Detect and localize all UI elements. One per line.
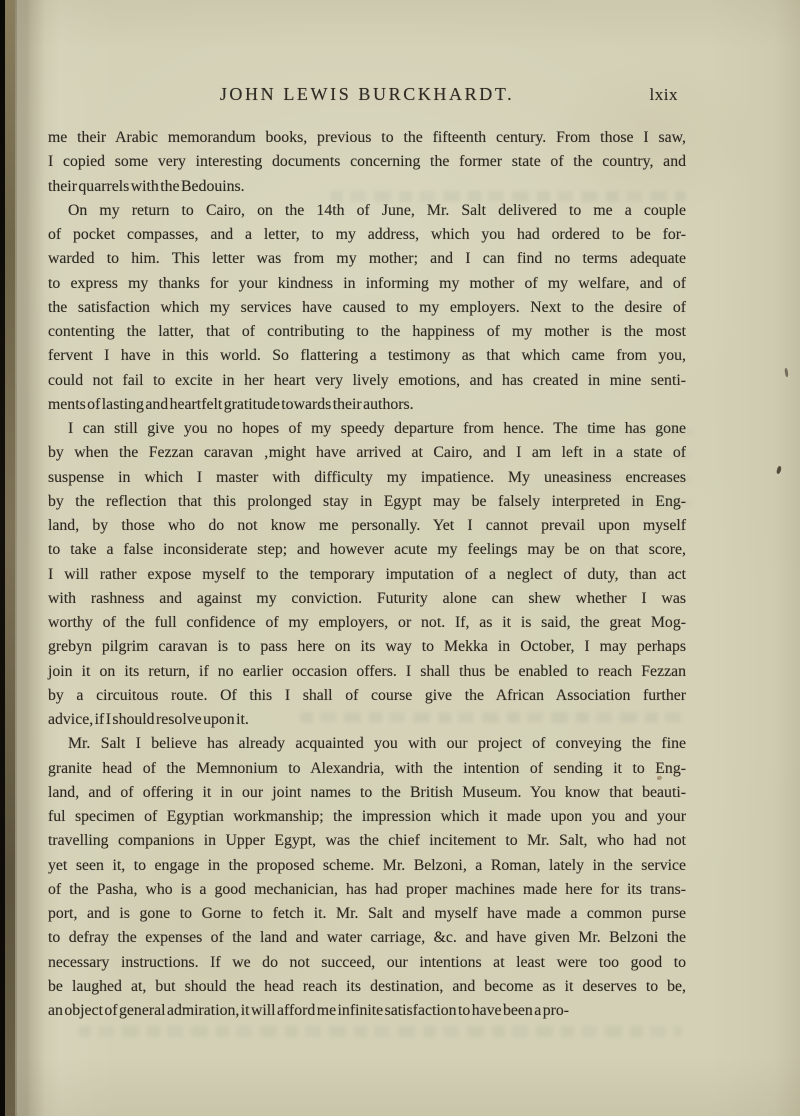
text-line: contenting the latter, that of contribut… <box>48 320 686 344</box>
text-line: grebyn pilgrim caravan is to pass here o… <box>48 635 686 659</box>
text-line: by a circuitous route. Of this I shall o… <box>48 684 686 708</box>
text-line: of the Pasha, who is a good mechanician,… <box>48 878 686 902</box>
letter-text: me their Arabic memorandum books, previo… <box>48 126 686 1023</box>
text-line: ments of lasting and heartfelt gratitude… <box>48 393 686 417</box>
page-curve-highlight <box>17 0 27 1116</box>
text-line: land, by those who do not know me person… <box>48 514 686 538</box>
running-header-title: JOHN LEWIS BURCKHARDT. <box>48 84 686 105</box>
text-line: necessary instructions. If we do not suc… <box>48 951 686 975</box>
text-line: by when the Fezzan caravan ‚might have a… <box>48 441 686 465</box>
text-line: join it on its return, if no earlier occ… <box>48 660 686 684</box>
page-text-column: JOHN LEWIS BURCKHARDT. lxix me their Ara… <box>48 0 686 1116</box>
text-line: by the reflection that this prolonged st… <box>48 490 686 514</box>
text-line: land, and of offering it in our joint na… <box>48 781 686 805</box>
text-line: advice, if I should resolve upon it. <box>48 708 686 732</box>
text-line: their quarrels with the Bedouins. <box>48 175 686 199</box>
text-line: granite head of the Memnonium to Alexand… <box>48 757 686 781</box>
text-line: fervent I have in this world. So flatter… <box>48 344 686 368</box>
ink-speck <box>784 368 789 377</box>
text-line: to defray the expenses of the land and w… <box>48 926 686 950</box>
text-line: an object of general admiration, it will… <box>48 999 686 1023</box>
text-line: I copied some very interesting documents… <box>48 150 686 174</box>
text-line: worthy of the full confidence of my empl… <box>48 611 686 635</box>
page-number: lxix <box>650 85 678 105</box>
text-line: yet seen it, to engage in the proposed s… <box>48 854 686 878</box>
text-line: could not fail to excite in her heart ve… <box>48 369 686 393</box>
text-line: be laughed at, but should the head reach… <box>48 975 686 999</box>
text-line: Mr. Salt I believe has already acquainte… <box>48 732 686 756</box>
text-line: I will rather expose myself to the tempo… <box>48 563 686 587</box>
text-line: On my return to Cairo, on the 14th of Ju… <box>48 199 686 223</box>
book-binding-strip <box>5 0 15 1116</box>
ink-speck <box>776 466 782 475</box>
text-line: to take a false inconsiderate step; and … <box>48 538 686 562</box>
text-line: the satisfaction which my services have … <box>48 296 686 320</box>
book-page-scan: JOHN LEWIS BURCKHARDT. lxix me their Ara… <box>0 0 800 1116</box>
text-line: travelling companions in Upper Egypt, wa… <box>48 829 686 853</box>
text-line: ful specimen of Egyptian workmanship; th… <box>48 805 686 829</box>
text-line: I can still give you no hopes of my spee… <box>48 417 686 441</box>
text-line: to express my thanks for your kindness i… <box>48 272 686 296</box>
text-line: with rashness and against my conviction.… <box>48 587 686 611</box>
text-line: me their Arabic memorandum books, previo… <box>48 126 686 150</box>
text-line: suspense in which I master with difficul… <box>48 466 686 490</box>
text-line: warded to him. This letter was from my m… <box>48 247 686 271</box>
text-line: port, and is gone to Gorne to fetch it. … <box>48 902 686 926</box>
running-header: JOHN LEWIS BURCKHARDT. lxix <box>48 84 686 108</box>
text-line: of pocket compasses, and a letter, to my… <box>48 223 686 247</box>
